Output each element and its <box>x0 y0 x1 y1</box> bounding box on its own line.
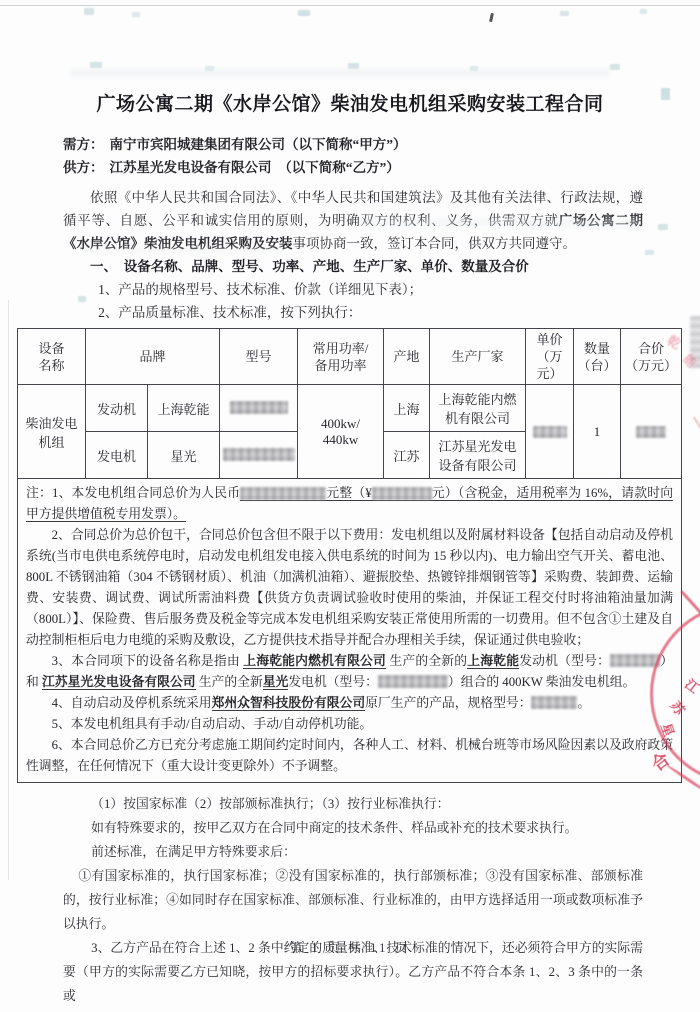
scan-speck <box>132 12 140 17</box>
redacted-amount-words <box>240 487 326 500</box>
redacted-model <box>223 448 295 461</box>
scan-speck <box>90 62 102 68</box>
table-header-row: 设备 名称 品牌 型号 常用功率/ 备用功率 产地 生产厂家 单价 （万元） 数… <box>18 329 682 385</box>
manufacturer-cell: 江苏星光发电设备有限公司 <box>430 432 526 479</box>
redacted-engine-model <box>610 654 660 667</box>
redacted-controller-model <box>531 696 577 709</box>
part-cell: 发动机 <box>86 385 148 432</box>
scan-speck <box>298 10 310 16</box>
quantity-cell: 1 <box>574 385 621 479</box>
buyer-name: 南宁市宾阳城建集团有限公司（以下简称“甲方”） <box>110 137 407 152</box>
part-cell: 发电机 <box>86 432 148 479</box>
redacted-model <box>230 401 288 414</box>
device-name-cell: 柴油发电机组 <box>18 385 86 479</box>
redacted-unit-price <box>533 426 567 438</box>
note-2: 2、合同总价为总价包干，合同总价包含但不限于以下费用：发电机组以及附属材料设备【… <box>26 525 673 651</box>
note-3-text: ）组合的 400KW 柴油发电机组。 <box>448 675 635 689</box>
supplier-label: 供方： <box>63 160 104 175</box>
model-cell <box>220 385 298 432</box>
total-price-cell <box>621 385 682 479</box>
standards-special: 如有特殊要求的，按甲乙双方在合同中商定的技术条件、样品或补充的技术要求执行。 <box>63 816 643 840</box>
col-manufacturer: 生产厂家 <box>430 329 526 385</box>
note-3: 3、本合同项下的设备名称是指由 上海乾能内燃机有限公司 生产的全新的上海乾能发动… <box>26 651 673 693</box>
manufacturer-cell: 上海乾能内燃机有限公司 <box>430 385 526 432</box>
buyer-line: 需方：南宁市宾阳城建集团有限公司（以下简称“甲方”） <box>63 133 644 156</box>
section1-item1: 1、产品的规格型号、技术标准、价款（详细见下表）； <box>63 278 643 301</box>
note-4-text: 4、自动启动及停机系统采用 <box>52 696 212 710</box>
section1-item2: 2、产品质量标准、技术标准，按下列执行： <box>63 301 643 324</box>
intro-post: 事项协商一致，签订本合同，供双方共同遵守。 <box>293 236 577 251</box>
redacted-total-price <box>636 426 666 438</box>
section1-heading: 一、 设备名称、品牌、型号、功率、产地、生产厂家、单价、数量及合价 <box>63 255 643 278</box>
equipment-table: 设备 名称 品牌 型号 常用功率/ 备用功率 产地 生产厂家 单价 （万元） 数… <box>17 328 682 783</box>
col-device: 设备 名称 <box>18 329 86 385</box>
scan-speck <box>78 296 86 302</box>
engine-brand-name: 上海乾能 <box>467 654 519 669</box>
supplier-line: 供方：江苏星光发电设备有限公司 （以下简称“乙方”） <box>63 156 644 179</box>
col-quantity: 数量 （台） <box>574 329 621 385</box>
bleed-through <box>70 69 610 77</box>
page-number: 第 1 页 共 11 页 <box>0 938 700 956</box>
notes-cell: 注：1、本发电机组合同总价为人民币元整（¥元）（含税金，适用税率为 16%，请款… <box>18 479 682 783</box>
alternator-maker-name: 江苏星光发电设备有限公司 <box>42 675 196 690</box>
table-row: 柴油发电机组 发动机 上海乾能 400kw/ 440kw 上海 上海乾能内燃机有… <box>18 385 682 432</box>
standards-premise: 前述标准，在满足甲方特殊要求后： <box>63 840 643 864</box>
col-model: 型号 <box>220 329 298 385</box>
note-4-text: 。 <box>577 696 590 710</box>
note-1: 注：1、本发电机组合同总价为人民币元整（¥元）（含税金，适用税率为 16%，请款… <box>26 483 673 525</box>
note-3-text: 生产的全新的 <box>386 654 467 668</box>
redacted-alternator-model <box>378 675 448 688</box>
bleed-through <box>84 247 284 253</box>
buyer-label: 需方： <box>63 137 104 152</box>
power-cell: 400kw/ 440kw <box>298 385 384 479</box>
unit-price-cell <box>526 385 574 479</box>
note-4: 4、自动启动及停机系统采用郑州众智科技股份有限公司原厂生产的产品，规格型号：。 <box>26 693 673 714</box>
origin-cell: 江苏 <box>384 432 430 479</box>
col-origin: 产地 <box>384 329 430 385</box>
origin-cell: 上海 <box>384 385 430 432</box>
standards-priority: ①有国家标准的，执行国家标准；②没有国家标准的，执行部颁标准；③没有国家标准、部… <box>63 864 643 936</box>
scan-speck <box>610 64 620 70</box>
model-cell <box>220 432 298 479</box>
note-3-text: 3、本合同项下的设备名称是指由 <box>52 654 244 668</box>
controller-maker-name: 郑州众智科技股份有限公司 <box>212 696 366 711</box>
note-3-text: 发动机（型号： <box>519 654 610 668</box>
bleed-through <box>360 219 640 226</box>
parties-block: 需方：南宁市宾阳城建集团有限公司（以下简称“甲方”） 供方：江苏星光发电设备有限… <box>63 133 644 179</box>
scan-speck <box>661 88 670 100</box>
note-6: 6、本合同总价乙方已充分考虑施工期间约定时间内，各种人工、材料、机械台班等市场风… <box>26 735 673 777</box>
alternator-brand-name: 星光 <box>263 675 289 690</box>
standards-options: （1）按国家标准（2）按部颁标准执行；（3）按行业标准执行： <box>63 792 643 816</box>
col-unit-price: 单价 （万元） <box>526 329 574 385</box>
scan-speck <box>640 9 647 14</box>
note-1-mid: 元整（¥ <box>326 486 372 500</box>
stamp-fragment-stroke <box>693 416 700 437</box>
note-3-text: 生产的全新 <box>196 675 263 689</box>
note-4-text: 原厂生产的产品，规格型号： <box>365 696 531 710</box>
supplier-name: 江苏星光发电设备有限公司 （以下简称“乙方”） <box>110 160 400 175</box>
brand-cell: 上海乾能 <box>148 385 220 432</box>
ink-speck <box>489 13 494 22</box>
scan-speck <box>658 224 668 230</box>
redacted-amount-figures <box>372 487 432 500</box>
contract-scan-page: 广场公寓二期《水岸公馆》柴油发电机组采购安装工程合同 需方：南宁市宾阳城建集团有… <box>0 0 700 1012</box>
col-power: 常用功率/ 备用功率 <box>298 329 384 385</box>
engine-maker-name: 上海乾能内燃机有限公司 <box>243 654 386 669</box>
contract-title: 广场公寓二期《水岸公馆》柴油发电机组采购安装工程合同 <box>40 92 660 118</box>
scan-speck <box>645 250 654 255</box>
note-5: 5、本发电机组具有手动/自动启动、手动/自动停机功能。 <box>26 714 673 735</box>
scan-edge-shadow <box>8 300 9 880</box>
scan-edge-line <box>0 5 700 6</box>
note-3-text: 发电机（型号： <box>288 675 378 689</box>
brand-cell: 星光 <box>148 432 220 479</box>
col-brand: 品牌 <box>86 329 220 385</box>
notes-row: 注：1、本发电机组合同总价为人民币元整（¥元）（含税金，适用税率为 16%，请款… <box>18 479 682 783</box>
note-1-lead: 注：1、本发电机组合同总价为人民币 <box>26 486 240 500</box>
scan-speck <box>560 11 569 16</box>
scan-speck <box>84 8 94 15</box>
